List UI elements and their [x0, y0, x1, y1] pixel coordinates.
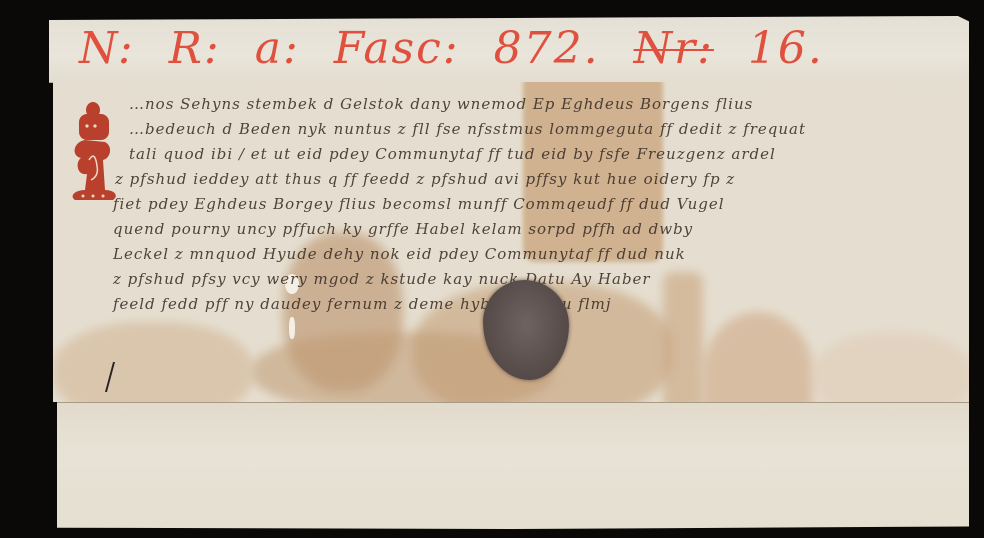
shelfmark-part: 872.	[494, 23, 600, 74]
text-line: tali quod ibi / et ut eid pdey Communyta…	[129, 142, 967, 167]
shelfmark-part: a:	[255, 23, 300, 74]
shelfmark-part: Nr:	[634, 23, 714, 74]
shelfmark-label: N: R: a: Fasc: 872. Nr: 16.	[79, 20, 842, 80]
text-line: quend pourny uncy pffuch ky grffe Habel …	[113, 217, 967, 242]
water-stain	[703, 312, 813, 402]
text-line: Leckel z mnquod Hyude dehy nok eid pdey …	[113, 242, 967, 267]
text-line: …bedeuch d Beden nyk nuntus z fll fse nf…	[129, 117, 967, 142]
water-stain	[53, 322, 253, 402]
text-line: z pfshud ieddey att thus q ff feedd z pf…	[115, 167, 967, 192]
decorated-initial-icon	[65, 100, 121, 204]
charter-body: …nos Sehyns stembek d Gelstok dany wnemo…	[53, 82, 969, 402]
water-stain	[813, 332, 969, 402]
shelfmark-strip: N: R: a: Fasc: 872. Nr: 16.	[49, 16, 969, 83]
shelfmark-part: 16.	[748, 23, 824, 74]
text-line: fiet pdey Eghdeus Borgey flius becomsl m…	[113, 192, 967, 217]
parchment-hole	[289, 317, 295, 339]
text-line: …nos Sehyns stembek d Gelstok dany wnemo…	[129, 92, 967, 117]
shelfmark-part: Fasc:	[334, 23, 460, 74]
shelfmark-part: R:	[169, 23, 221, 74]
shelfmark-part: N:	[79, 23, 135, 74]
charter-sheet: N: R: a: Fasc: 872. Nr: 16.	[49, 16, 969, 528]
folded-plica	[57, 402, 969, 529]
